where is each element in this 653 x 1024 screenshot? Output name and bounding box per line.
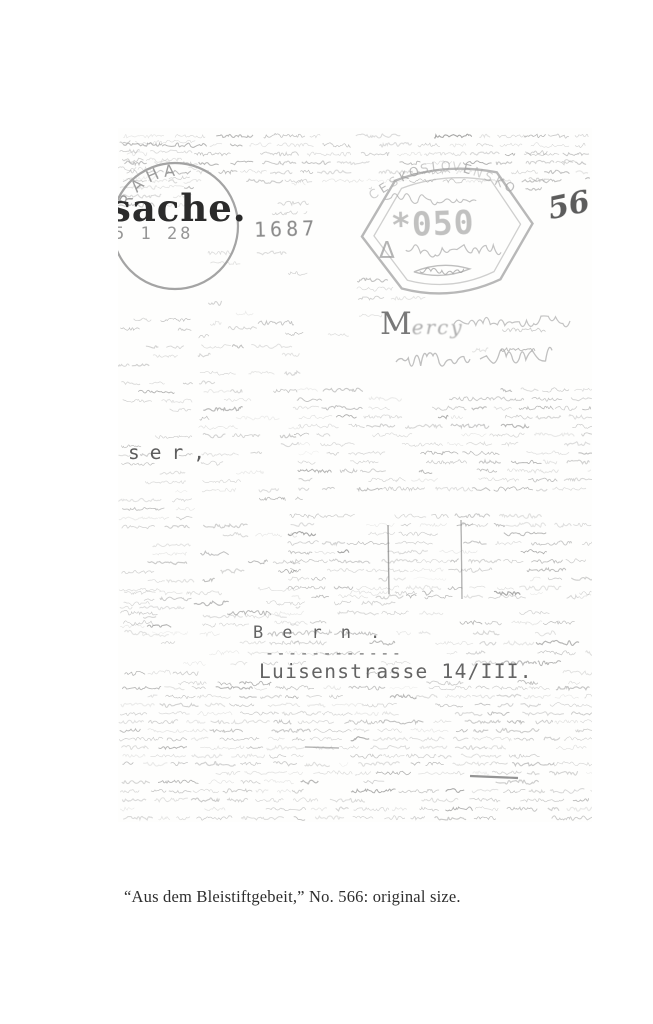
star-stamp-value: *050 — [390, 203, 475, 245]
book-page: RAHA sache. 5 1 28 1687 ČESKOSLOVENSKO *… — [0, 0, 653, 1024]
svg-text:H: H — [143, 164, 162, 186]
svg-text:A: A — [163, 161, 176, 181]
facsimile-scan: RAHA sache. 5 1 28 1687 ČESKOSLOVENSKO *… — [118, 128, 592, 822]
star-stamp-triangle: Δ — [379, 238, 395, 264]
svg-text:O: O — [441, 160, 451, 173]
postmark-date: 5 1 28 — [118, 224, 193, 244]
typed-city: Bern. — [253, 623, 399, 643]
svg-text:V: V — [451, 160, 462, 175]
svg-text:L: L — [431, 160, 440, 174]
typed-recipient-fragment: ser, — [128, 441, 215, 464]
handwriting-line: Mercy — [380, 306, 464, 342]
typed-street: Luisenstrasse 14/III. — [259, 660, 533, 683]
handwriting-rest: ercy — [412, 315, 464, 339]
figure-caption: “Aus dem Bleistiftgebeit,” No. 566: orig… — [124, 887, 461, 907]
handwriting-initial: M — [380, 306, 412, 342]
typed-number: 1687 — [254, 216, 319, 242]
